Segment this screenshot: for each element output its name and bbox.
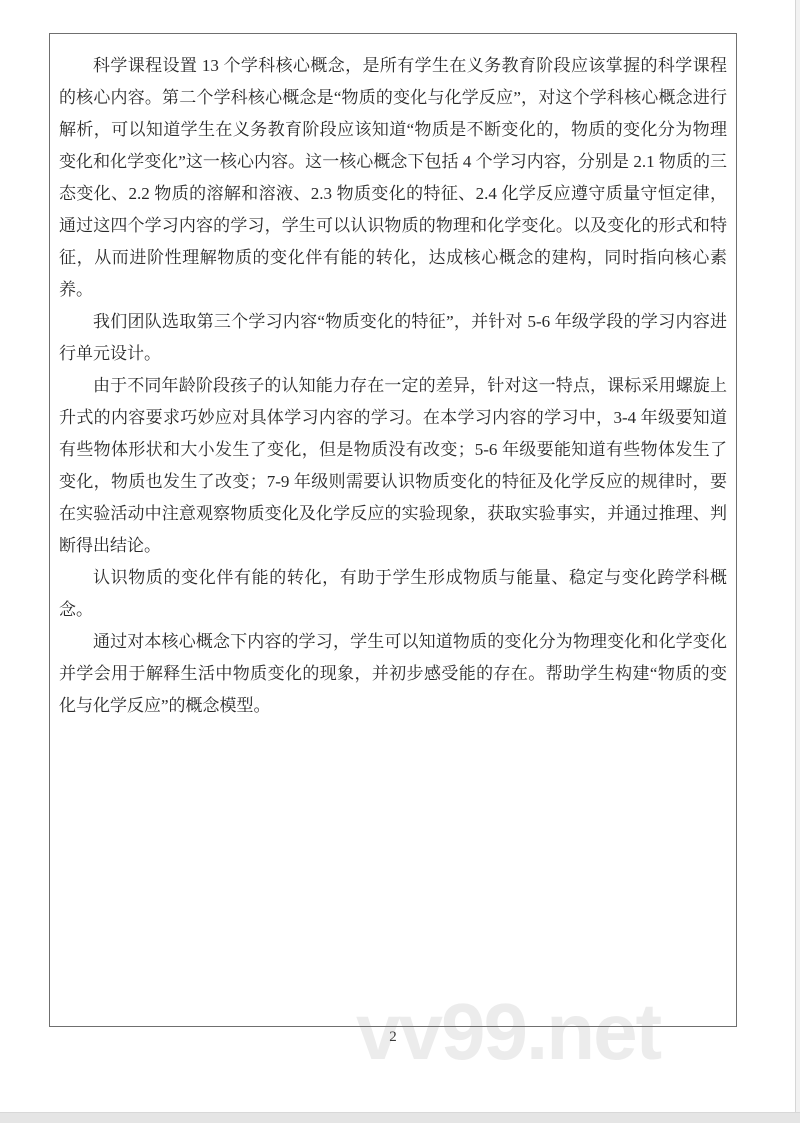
table-cell: 科学课程设置 13 个学科核心概念，是所有学生在义务教育阶段应该掌握的科学课程的… (49, 33, 737, 1027)
paragraph-core-concept-overview: 科学课程设置 13 个学科核心概念，是所有学生在义务教育阶段应该掌握的科学课程的… (59, 50, 727, 306)
paragraph-grade-level-progression: 由于不同年龄阶段孩子的认知能力存在一定的差异，针对这一特点，课标采用螺旋上升式的… (59, 370, 727, 562)
page-number: 2 (49, 1029, 737, 1046)
page-right-margin-strip (796, 0, 800, 1112)
paragraph-learning-outcome: 通过对本核心概念下内容的学习，学生可以知道物质的变化分为物理变化和化学变化并学会… (59, 626, 727, 722)
paragraph-team-selection: 我们团队选取第三个学习内容“物质变化的特征”，并针对 5-6 年级学段的学习内容… (59, 306, 727, 370)
page-right-edge-line (795, 0, 796, 1112)
paragraph-cross-discipline-concept: 认识物质的变化伴有能的转化，有助于学生形成物质与能量、稳定与变化跨学科概念。 (59, 562, 727, 626)
page-separator (0, 1112, 800, 1123)
document-viewer: { "page": { "number": "2", "watermark": … (0, 0, 800, 1137)
